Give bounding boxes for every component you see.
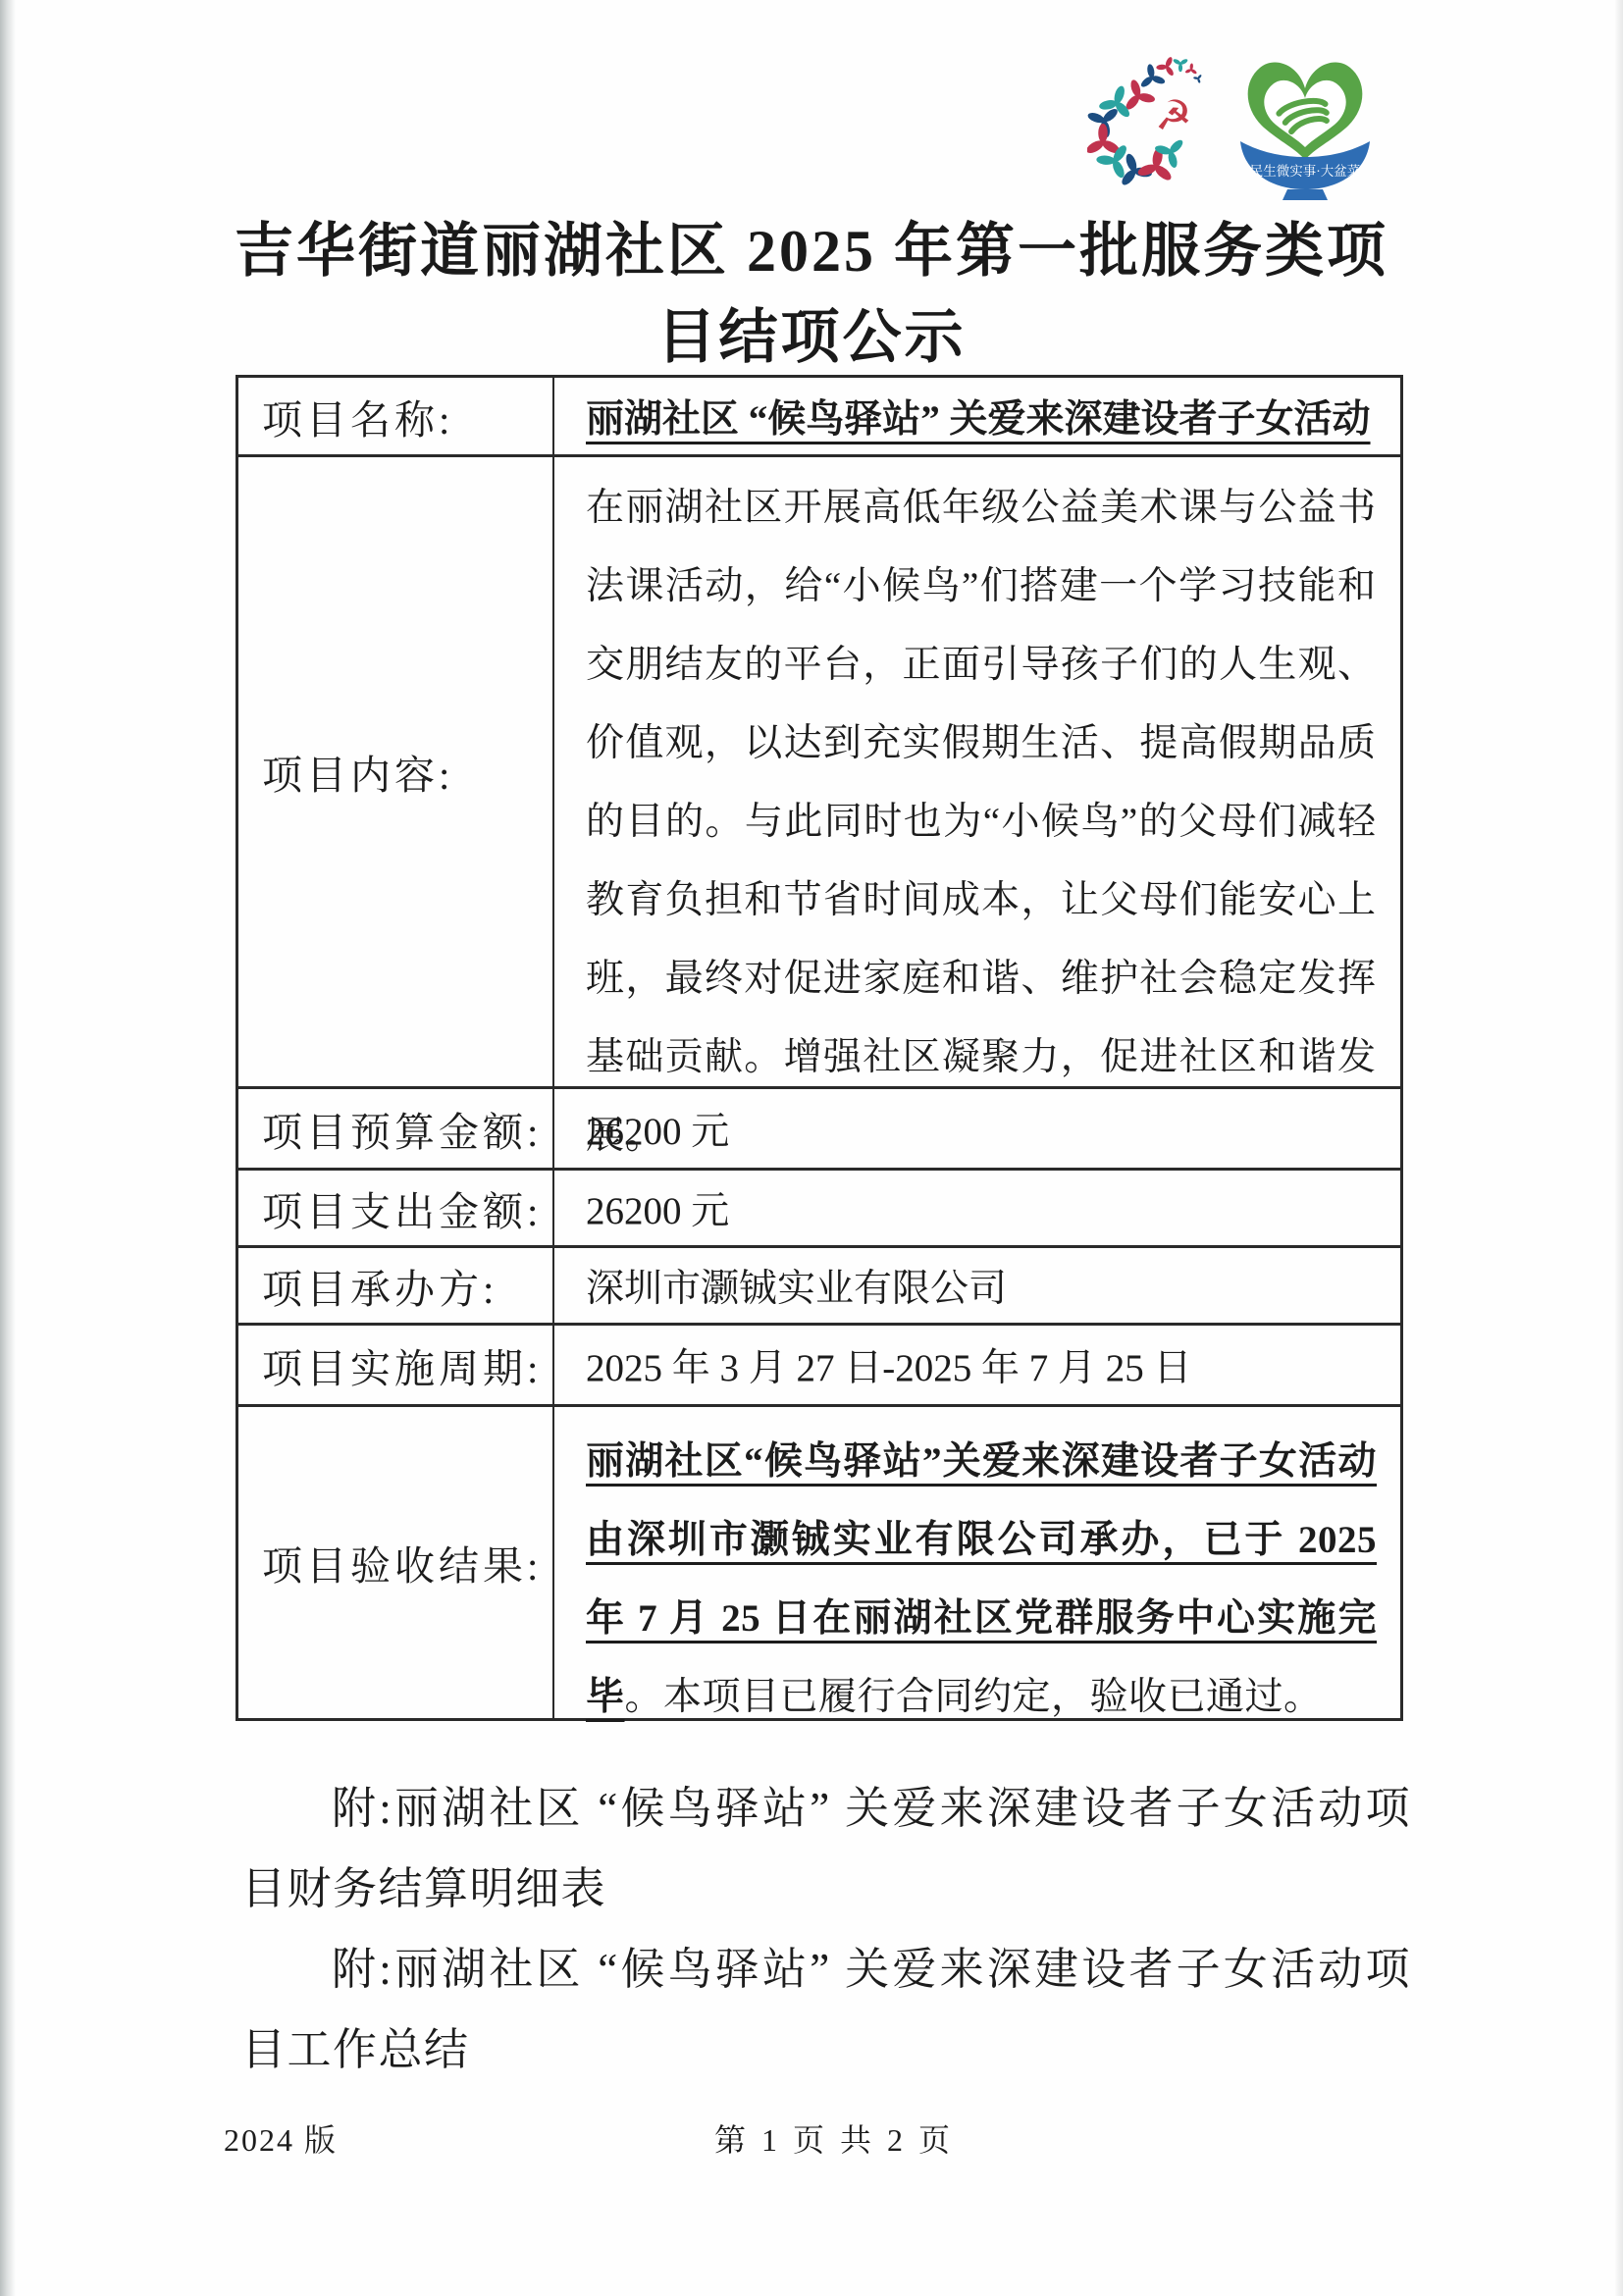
header-logos: ☭ 民生微实事·大盆菜 [1087, 51, 1380, 208]
page-title-line1: 吉华街道丽湖社区 2025 年第一批服务类项 [0, 208, 1623, 294]
party-pinwheel-logo: ☭ [1087, 51, 1203, 194]
footer-version-label: 2024 版 [224, 2115, 338, 2161]
attachment-notes: 附:丽湖社区 “候鸟驿站” 关爱来深建设者子女活动项目财务结算明细表 附:丽湖社… [241, 1768, 1411, 2090]
bowl-foot [1283, 189, 1328, 200]
table-row-implementation-period: 项目实施周期: 2025 年 3 月 27 日-2025 年 7 月 25 日 [238, 1326, 1400, 1407]
page-title-line2: 目结项公示 [0, 294, 1623, 381]
row-value-implementation-period: 2025 年 3 月 27 日-2025 年 7 月 25 日 [554, 1326, 1400, 1404]
row-label-project-name: 项目名称: [238, 378, 554, 454]
minsheng-logo: 民生微实事·大盆菜 [1230, 51, 1380, 208]
attachment-note-2: 附:丽湖社区 “候鸟驿站” 关爱来深建设者子女活动项目工作总结 [241, 1929, 1411, 2090]
row-value-project-content: 在丽湖社区开展高低年级公益美术课与公益书法课活动，给“小候鸟”们搭建一个学习技能… [554, 457, 1400, 1086]
row-label-undertaker: 项目承办方: [238, 1248, 554, 1323]
row-label-expense-amount: 项目支出金额: [238, 1171, 554, 1245]
row-label-acceptance-result: 项目验收结果: [238, 1407, 554, 1718]
row-value-project-name: 丽湖社区 “候鸟驿站” 关爱来深建设者子女活动 [586, 389, 1371, 444]
footer-page-number: 第 1 页 共 2 页 [714, 2115, 954, 2161]
party-emblem-icon: ☭ [1155, 94, 1192, 139]
table-row-acceptance-result: 项目验收结果: 丽湖社区“候鸟驿站”关爱来深建设者子女活动由深圳市灏铖实业有限公… [238, 1407, 1400, 1718]
page-title: 吉华街道丽湖社区 2025 年第一批服务类项 目结项公示 [0, 208, 1623, 381]
attachment-note-1: 附:丽湖社区 “候鸟驿站” 关爱来深建设者子女活动项目财务结算明细表 [241, 1768, 1411, 1929]
bowl-text: 民生微实事·大盆菜 [1250, 163, 1361, 179]
table-row-project-name: 项目名称: 丽湖社区 “候鸟驿站” 关爱来深建设者子女活动 [238, 378, 1400, 457]
row-label-implementation-period: 项目实施周期: [238, 1326, 554, 1404]
row-value-undertaker: 深圳市灏铖实业有限公司 [554, 1248, 1400, 1323]
table-row-project-content: 项目内容: 在丽湖社区开展高低年级公益美术课与公益书法课活动，给“小候鸟”们搭建… [238, 457, 1400, 1089]
row-value-acceptance-result: 丽湖社区“候鸟驿站”关爱来深建设者子女活动由深圳市灏铖实业有限公司承办，已于 2… [554, 1407, 1400, 1718]
table-row-budget-amount: 项目预算金额: 26200 元 [238, 1089, 1400, 1171]
row-label-project-content: 项目内容: [238, 457, 554, 1086]
table-row-expense-amount: 项目支出金额: 26200 元 [238, 1171, 1400, 1248]
table-row-undertaker: 项目承办方: 深圳市灏铖实业有限公司 [238, 1248, 1400, 1326]
row-value-budget-amount: 26200 元 [554, 1089, 1400, 1168]
acceptance-result-rest: 。本项目已履行合同约定，验收已通过。 [625, 1676, 1323, 1718]
document-page: ☭ 民生微实事·大盆菜 吉华街道丽湖社区 2025 年第一批服务类项 目结项公示… [0, 0, 1623, 2296]
row-label-budget-amount: 项目预算金额: [238, 1089, 554, 1168]
row-value-expense-amount: 26200 元 [554, 1171, 1400, 1245]
project-table: 项目名称: 丽湖社区 “候鸟驿站” 关爱来深建设者子女活动 项目内容: 在丽湖社… [236, 375, 1403, 1721]
